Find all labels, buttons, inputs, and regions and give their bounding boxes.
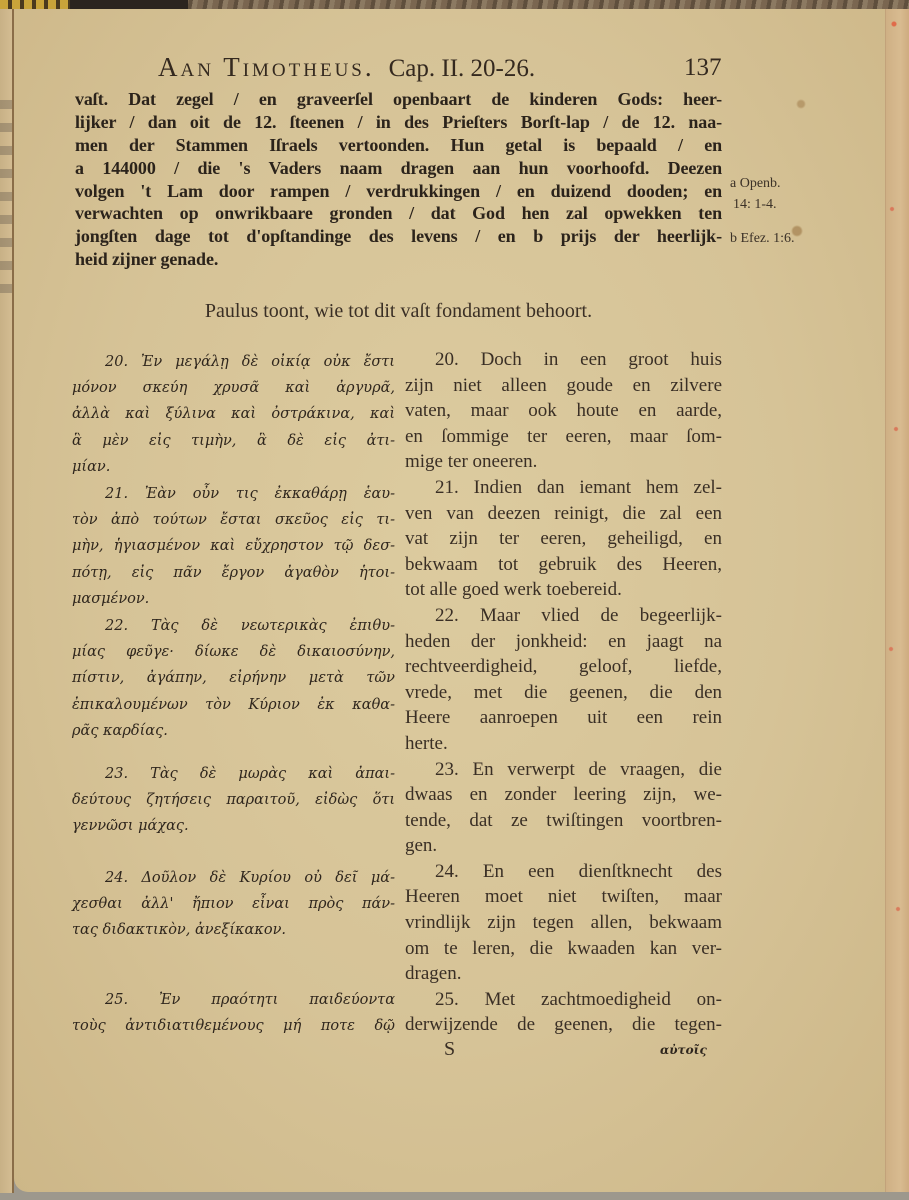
greek-verse-22: 22. Τὰς δὲ νεωτερικὰς ἐπιθυ- μίας φεῦγε·… bbox=[72, 613, 395, 744]
greek-line: πότῃ, εἰς πᾶν ἔργον ἀγαθὸν ἡτοι- bbox=[72, 560, 395, 586]
dutch-line: herte. bbox=[405, 731, 722, 757]
dutch-line: 24. En een dienſtknecht des bbox=[405, 859, 722, 885]
greek-line: 25. Ἐν πραότητι παιδεύοντα bbox=[72, 987, 395, 1013]
dutch-verse-24: 24. En een dienſtknecht des Heeren moet … bbox=[405, 859, 722, 987]
commentary-line: lijker / dan oit de 12. ſteenen / in des… bbox=[75, 111, 722, 134]
bleed-through-marks bbox=[0, 100, 12, 300]
dutch-line: 23. En verwerpt de vraagen, die bbox=[405, 757, 722, 783]
greek-line: πίστιν, ἀγάπην, εἰρήνην μετὰ τῶν bbox=[72, 665, 395, 691]
dutch-line: 25. Met zachtmoedigheid on- bbox=[405, 987, 722, 1013]
greek-line: 22. Τὰς δὲ νεωτερικὰς ἐπιθυ- bbox=[72, 613, 395, 639]
dutch-verse-22: 22. Maar vlied de begeerlijk- heden der … bbox=[405, 603, 722, 757]
greek-verse-24: 24. Δοῦλον δὲ Κυρίου οὐ δεῖ μά- χεσθαι ἀ… bbox=[72, 865, 395, 944]
greek-line: μόνον σκεύη χρυσᾶ καὶ ἀργυρᾶ, bbox=[72, 375, 395, 401]
commentary-paragraph: vaſt. Dat zegel / en graveerſel openbaar… bbox=[75, 88, 722, 271]
dutch-verse-23: 23. En verwerpt de vraagen, die dwaas en… bbox=[405, 757, 722, 859]
page-number: 137 bbox=[684, 54, 722, 82]
greek-line: μὴν, ἡγιασμένον καὶ εὔχρηστον τῷ δεσ- bbox=[72, 533, 395, 559]
greek-line: χεσθαι ἀλλ' ἤπιον εἶναι πρὸς πάν- bbox=[72, 891, 395, 917]
dutch-line: om te leren, die kwaaden kan ver- bbox=[405, 936, 722, 962]
greek-line: 21. Ἐὰν οὖν τις ἐκκαθάρῃ ἑαυ- bbox=[72, 481, 395, 507]
greek-line: 24. Δοῦλον δὲ Κυρίου οὐ δεῖ μά- bbox=[72, 865, 395, 891]
greek-line: 20. Ἐν μεγάλῃ δὲ οἰκίᾳ οὐκ ἔστι bbox=[72, 349, 395, 375]
commentary-line: vaſt. Dat zegel / en graveerſel openbaar… bbox=[75, 88, 722, 111]
dutch-line: gen. bbox=[405, 833, 722, 859]
dutch-line: vrede, met die geenen, die den bbox=[405, 680, 722, 706]
greek-line: μίας φεῦγε· δίωκε δὲ δικαιοσύνην, bbox=[72, 639, 395, 665]
commentary-line: verwachten op onwrikbaare gronden / dat … bbox=[75, 202, 722, 225]
dutch-line: en ſommige ter eeren, maar ſom- bbox=[405, 424, 722, 450]
greek-verse-25: 25. Ἐν πραότητι παιδεύοντα τοὺς ἀντιδιατ… bbox=[72, 987, 395, 1039]
marginal-note: 14: 1-4. bbox=[733, 197, 777, 213]
greek-verse-21: 21. Ἐὰν οὖν τις ἐκκαθάρῃ ἑαυ- τὸν ἀπὸ το… bbox=[72, 481, 395, 612]
dutch-line: 22. Maar vlied de begeerlijk- bbox=[405, 603, 722, 629]
greek-line: ἐπικαλουμένων τὸν Κύριον ἐκ καθα- bbox=[72, 692, 395, 718]
commentary-line: volgen 't Lam door rampen / verdrukkinge… bbox=[75, 180, 722, 203]
dutch-text-column: 20. Doch in een groot huis zijn niet all… bbox=[405, 347, 722, 1038]
marginal-note: a Openb. bbox=[730, 176, 781, 192]
greek-line: μίαν. bbox=[72, 454, 395, 480]
chapter-reference: Cap. II. 20-26. bbox=[389, 55, 536, 82]
greek-line: τὸν ἀπὸ τούτων ἔσται σκεῦος εἰς τι- bbox=[72, 507, 395, 533]
greek-line: μασμένον. bbox=[72, 586, 395, 612]
dutch-line: dragen. bbox=[405, 961, 722, 987]
dutch-line: dwaas en zonder leering zijn, we- bbox=[405, 782, 722, 808]
dutch-line: 20. Doch in een groot huis bbox=[405, 347, 722, 373]
page-block-edge bbox=[885, 9, 909, 1192]
catchword: αὐτοῖς bbox=[660, 1043, 707, 1057]
dutch-line: vaten, maar ook houte en aarde, bbox=[405, 398, 722, 424]
dutch-line: Heere aanroepen uit een rein bbox=[405, 705, 722, 731]
dutch-line: vrindlijk zijn tegen allen, bekwaam bbox=[405, 910, 722, 936]
dutch-line: rechtveerdigheid, geloof, liefde, bbox=[405, 654, 722, 680]
dutch-line: vat zijn ter eeren, geheiligd, en bbox=[405, 526, 722, 552]
commentary-line: jongſten dage tot d'opſtandinge des leve… bbox=[75, 225, 722, 248]
greek-line: 23. Τὰς δὲ μωρὰς καὶ ἀπαι- bbox=[72, 761, 395, 787]
dutch-line: 21. Indien dan iemant hem zel- bbox=[405, 475, 722, 501]
running-head: Aan Timotheus. Cap. II. 20-26. bbox=[158, 52, 535, 83]
signature-mark: S bbox=[444, 1038, 455, 1061]
dutch-line: zijn niet alleen goude en zilvere bbox=[405, 373, 722, 399]
greek-line: τοὺς ἀντιδιατιθεμένους μή ποτε δῷ bbox=[72, 1013, 395, 1039]
greek-line: τας διδακτικὸν, ἀνεξίκακον. bbox=[72, 917, 395, 943]
dutch-line: heden der jonkheid: en jaagt na bbox=[405, 629, 722, 655]
commentary-line: heid zijner genade. bbox=[75, 248, 722, 271]
dutch-line: Heeren moet niet twiſten, maar bbox=[405, 884, 722, 910]
commentary-line: a 144000 / die 's Vaders naam dragen aan… bbox=[75, 157, 722, 180]
dutch-line: derwijzende de geenen, die tegen- bbox=[405, 1012, 722, 1038]
running-title: Aan Timotheus. bbox=[158, 52, 375, 82]
commentary-line: men der Stammen Iſraels vertoonden. Hun … bbox=[75, 134, 722, 157]
section-heading: Paulus toont, wie tot dit vaſt fondament… bbox=[75, 300, 722, 323]
dutch-verse-21: 21. Indien dan iemant hem zel- ven van d… bbox=[405, 475, 722, 603]
greek-line: ρᾶς καρδίας. bbox=[72, 718, 395, 744]
greek-verse-23: 23. Τὰς δὲ μωρὰς καὶ ἀπαι- δεύτους ζητήσ… bbox=[72, 761, 395, 840]
greek-line: γεννῶσι μάχας. bbox=[72, 813, 395, 839]
greek-verse-20: 20. Ἐν μεγάλῃ δὲ οἰκίᾳ οὐκ ἔστι μόνον σκ… bbox=[72, 349, 395, 480]
dutch-line: bekwaam tot gebruik des Heeren, bbox=[405, 552, 722, 578]
dutch-line: tot alle goed werk toebereid. bbox=[405, 577, 722, 603]
greek-line: ἃ μὲν εἰς τιμὴν, ἃ δὲ εἰς ἀτι- bbox=[72, 428, 395, 454]
dutch-line: tende, dat ze twiſtingen voortbren- bbox=[405, 808, 722, 834]
dutch-line: ven van deezen reinigt, die zal een bbox=[405, 501, 722, 527]
marginal-note: b Efez. 1:6. bbox=[730, 231, 795, 247]
greek-line: ἀλλὰ καὶ ξύλινα καὶ ὀστράκινα, καὶ bbox=[72, 401, 395, 427]
greek-line: δεύτους ζητήσεις παραιτοῦ, εἰδὼς ὅτι bbox=[72, 787, 395, 813]
dutch-line: mige ter oneeren. bbox=[405, 449, 722, 475]
dutch-verse-25: 25. Met zachtmoedigheid on- derwijzende … bbox=[405, 987, 722, 1038]
dutch-verse-20: 20. Doch in een groot huis zijn niet all… bbox=[405, 347, 722, 475]
